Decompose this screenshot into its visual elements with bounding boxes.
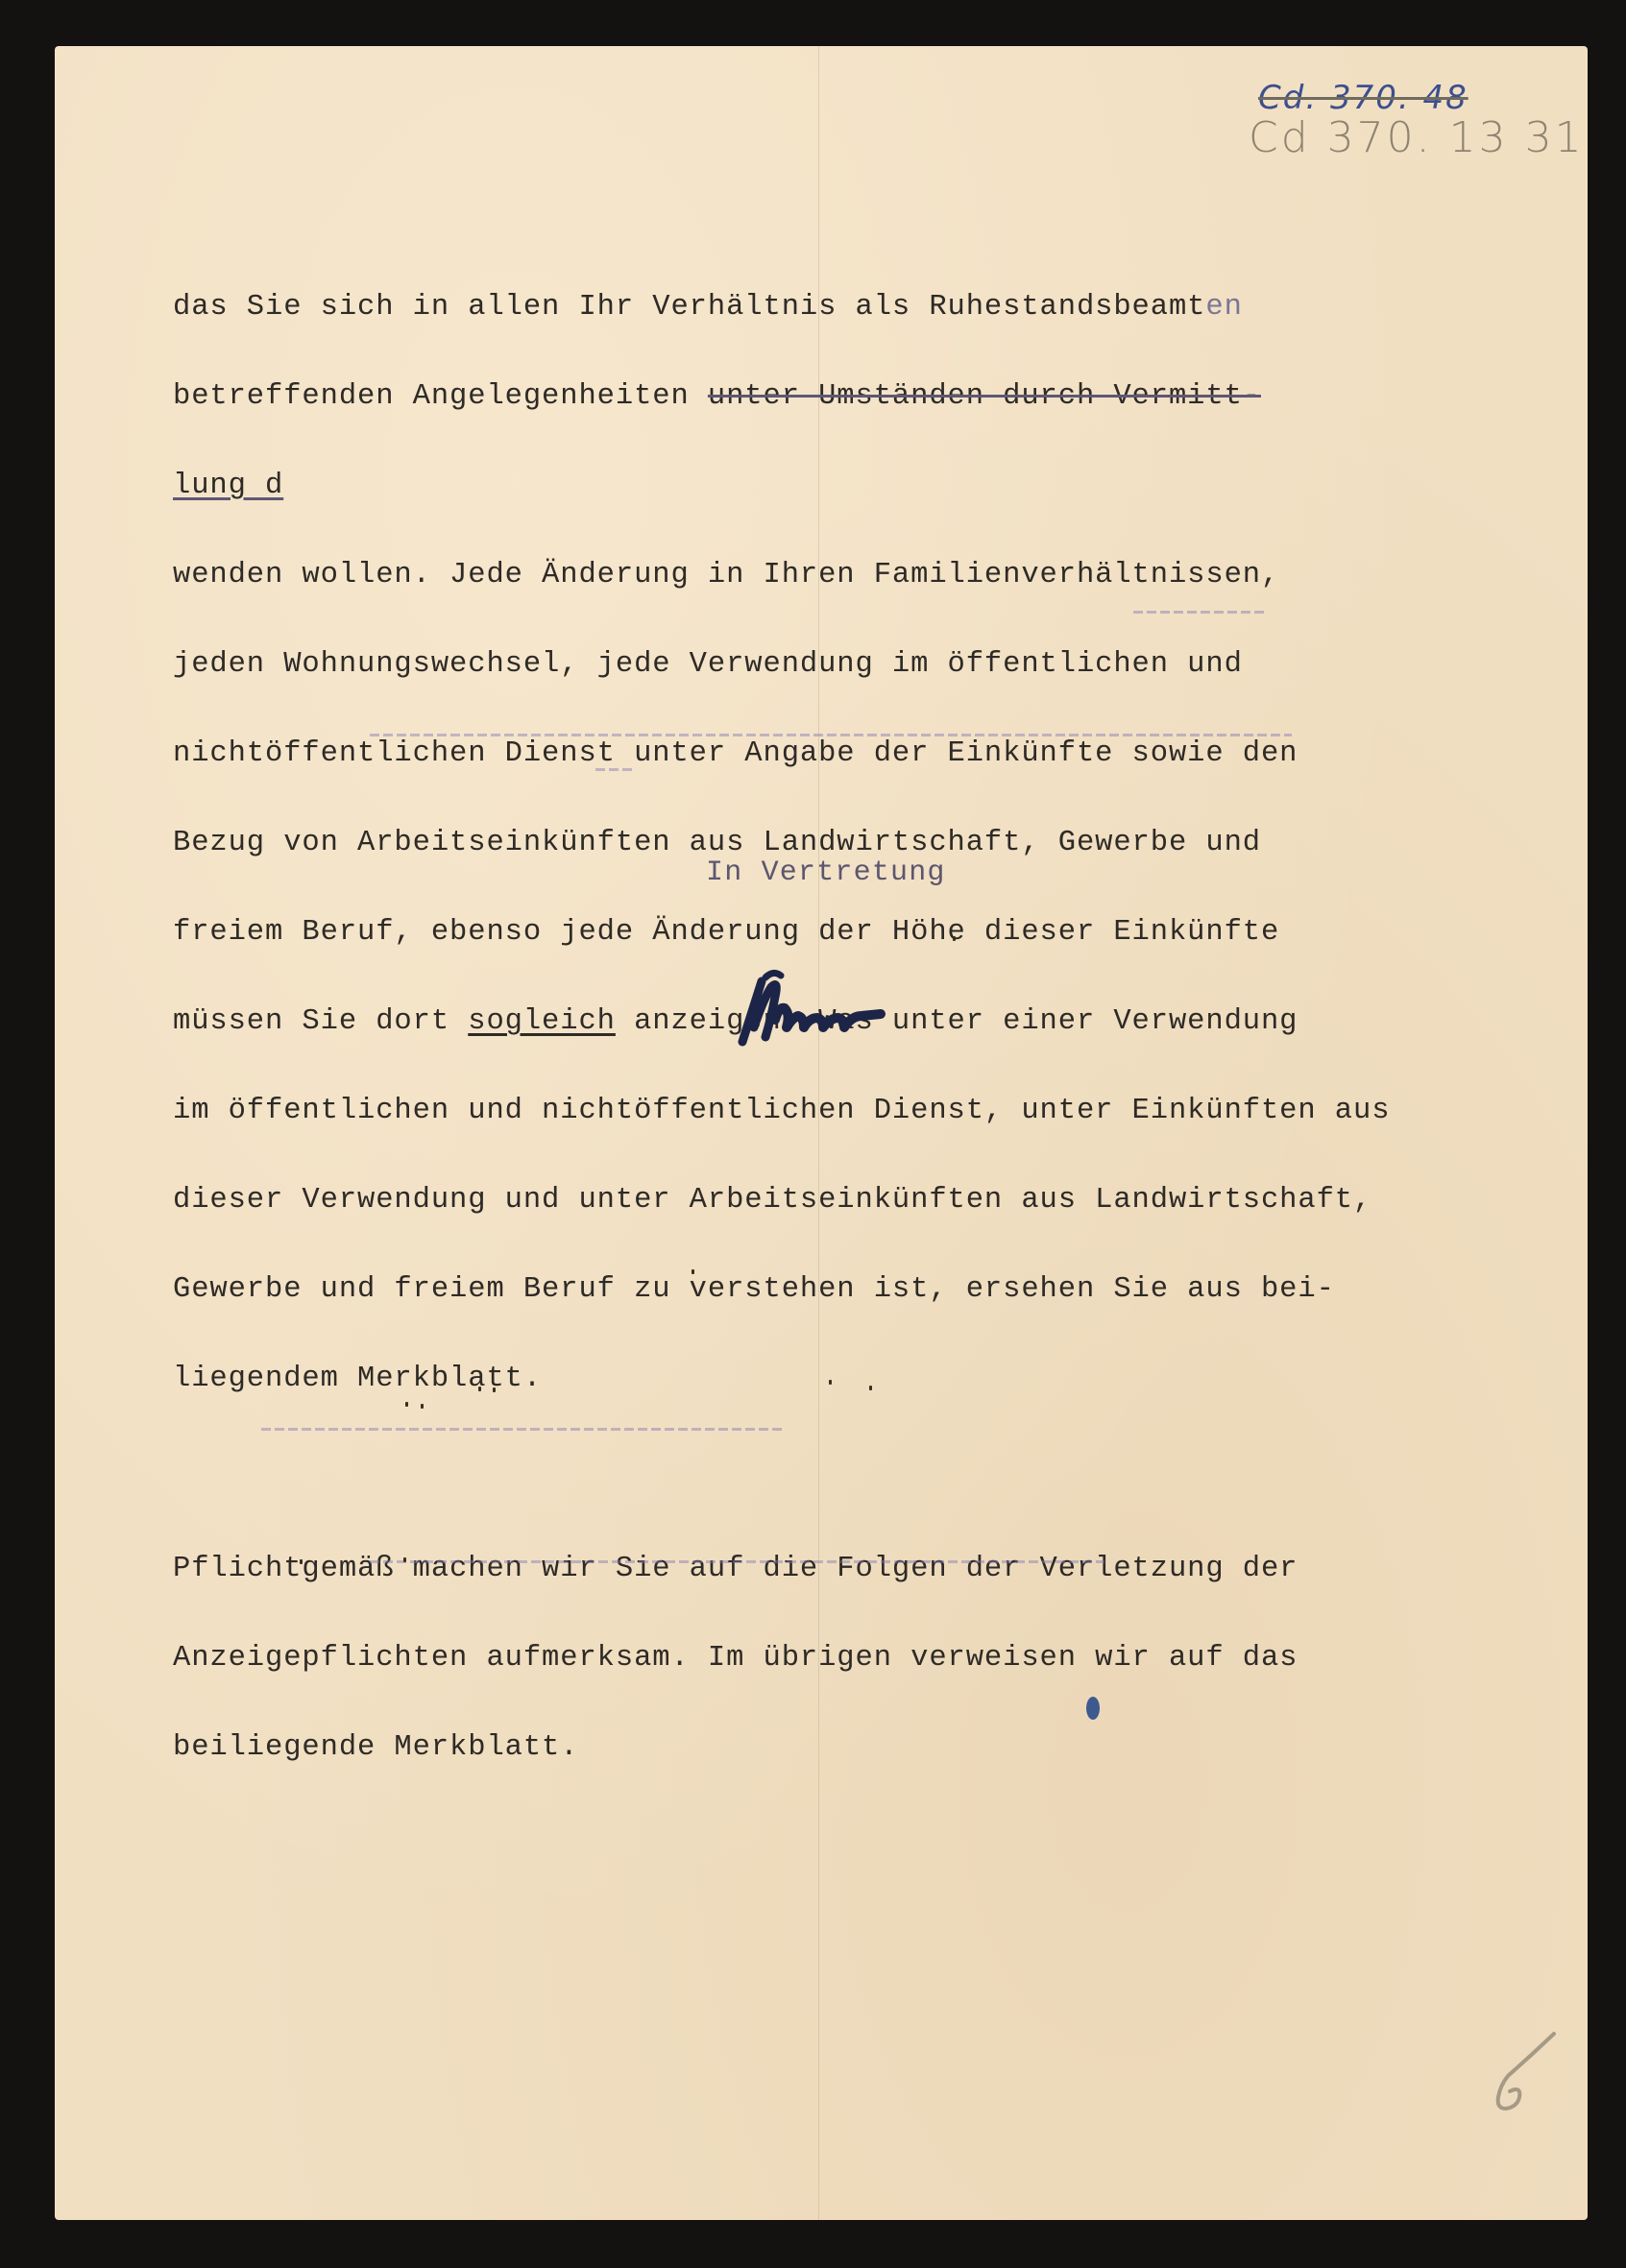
show-through-line xyxy=(595,768,634,771)
archive-signature-crossed: Cd. 370. 48 xyxy=(1258,79,1468,117)
show-through-line xyxy=(370,734,1292,736)
paper-speck xyxy=(478,1387,481,1391)
paper-speck xyxy=(869,1386,872,1390)
paper-speck xyxy=(493,1387,496,1392)
archive-signature: Cd 370. 13 31 xyxy=(1249,113,1585,162)
text-line: nichtöffentlichen Dienst unter Angabe de… xyxy=(173,739,1460,769)
underlined-emphasis: sogleich xyxy=(468,1005,616,1038)
text-line: beiliegende Merkblatt. xyxy=(173,1733,1460,1763)
paper-speck xyxy=(405,1402,408,1407)
text-line: das Sie sich in allen Ihr Verhältnis als… xyxy=(173,293,1460,323)
paragraph-gap xyxy=(173,1454,1460,1465)
text-line: im öffentlichen und nichtöffentlichen Di… xyxy=(173,1097,1460,1126)
text-line: Pflichtgemäß machen wir Sie auf die Folg… xyxy=(173,1555,1460,1584)
struck-text: unter Umständen durch Vermitt- xyxy=(708,380,1261,413)
text-line: lung d xyxy=(173,471,1460,501)
ink-spot xyxy=(1086,1697,1100,1720)
paper-speck xyxy=(403,1557,406,1562)
text-line: betreffenden Angelegenheiten unter Umstä… xyxy=(173,382,1460,412)
text-line: liegendem Merkblatt. xyxy=(173,1364,1460,1394)
paper-speck xyxy=(829,1380,832,1385)
text-line: Anzeigepflichten aufmerksam. Im übrigen … xyxy=(173,1644,1460,1674)
text-line: freiem Beruf, ebenso jede Änderung der H… xyxy=(173,918,1460,948)
text-line: Bezug von Arbeitseinkünften aus Landwirt… xyxy=(173,829,1460,858)
closing-phrase: In Vertretung xyxy=(706,857,946,889)
text-line: jeden Wohnungswechsel, jede Verwendung i… xyxy=(173,650,1460,680)
paper-speck xyxy=(692,1269,694,1274)
show-through-line xyxy=(261,1428,785,1431)
page-number-mark xyxy=(1479,2016,1565,2132)
show-through-line xyxy=(370,1560,1104,1563)
signature-icon xyxy=(716,960,908,1047)
paper-speck xyxy=(953,936,956,941)
text-line: wenden wollen. Jede Änderung in Ihren Fa… xyxy=(173,561,1460,591)
correction-text: lung d xyxy=(173,470,283,502)
paper-speck xyxy=(300,1559,303,1564)
show-through-line xyxy=(1133,611,1268,614)
paper-speck xyxy=(421,1404,424,1409)
text-line: Gewerbe und freiem Beruf zu verstehen is… xyxy=(173,1275,1460,1305)
text-line: dieser Verwendung und unter Arbeitseinkü… xyxy=(173,1186,1460,1216)
